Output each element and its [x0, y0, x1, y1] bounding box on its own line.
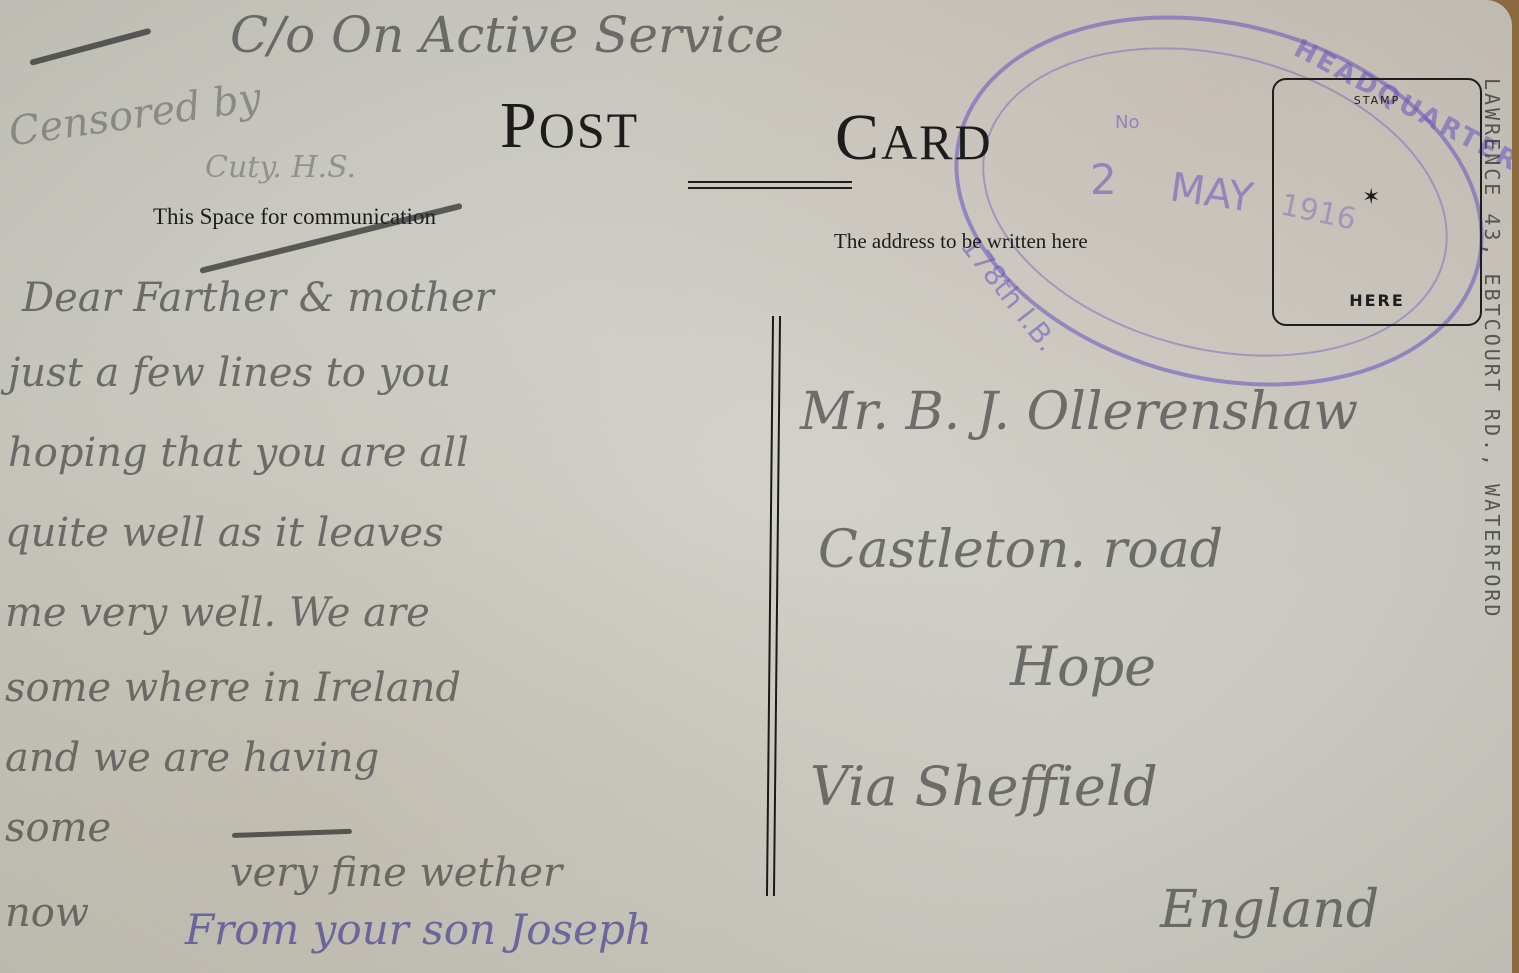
- title-card: CARD: [835, 100, 993, 176]
- center-divider-line-2: [773, 316, 781, 896]
- address-line-3: Hope: [1010, 635, 1156, 698]
- message-line-8: some: [5, 805, 111, 851]
- title-underline-top: [688, 181, 852, 183]
- address-line-5: England: [1160, 880, 1379, 940]
- message-line-10: now: [5, 890, 89, 936]
- pencil-strike-3: [232, 829, 352, 838]
- message-line-3: hoping that you are all: [8, 430, 469, 476]
- address-line-4: Via Sheffield: [810, 755, 1158, 818]
- stamp-box-top-label: STAMP: [1274, 94, 1480, 107]
- address-line-2: Castleton. road: [818, 520, 1223, 580]
- title-post: POST: [500, 88, 639, 164]
- center-divider-line-1: [766, 316, 774, 896]
- censor-line-2: Cuty. H.S.: [205, 150, 356, 185]
- message-line-6: some where in Ireland: [5, 665, 461, 711]
- postmark-day: 2: [1090, 155, 1117, 204]
- title-underline-bottom: [688, 187, 852, 189]
- message-line-2: just a few lines to you: [8, 350, 451, 396]
- message-line-1: Dear Farther & mother: [22, 275, 494, 321]
- address-caption: The address to be written here: [834, 229, 1088, 254]
- stamp-box: STAMP ✶ HERE: [1272, 78, 1482, 326]
- signature: From your son Joseph: [185, 905, 652, 954]
- header-handwriting: C/o On Active Service: [230, 6, 784, 64]
- communication-caption: This Space for communication: [153, 204, 436, 230]
- message-line-4: quite well as it leaves: [5, 510, 444, 556]
- publisher-imprint: LAWRENCE 43, EBTCOURT RD., WATERFORD: [1480, 78, 1504, 619]
- pencil-strike-1: [29, 28, 151, 66]
- address-line-1: Mr. B. J. Ollerenshaw: [800, 382, 1358, 442]
- star-icon: ✶: [1362, 184, 1380, 210]
- stamp-box-bottom-label: HERE: [1274, 291, 1480, 310]
- postcard-back: HEADQUARTERS No 2 MAY 1916 178th I.B. PO…: [0, 0, 1512, 973]
- message-line-7: and we are having: [5, 735, 379, 781]
- censor-line-1: Censored by: [6, 75, 264, 156]
- message-line-5: me very well. We are: [5, 590, 430, 636]
- message-line-9: very fine wether: [230, 850, 562, 896]
- postmark-number-label: No: [1115, 112, 1139, 133]
